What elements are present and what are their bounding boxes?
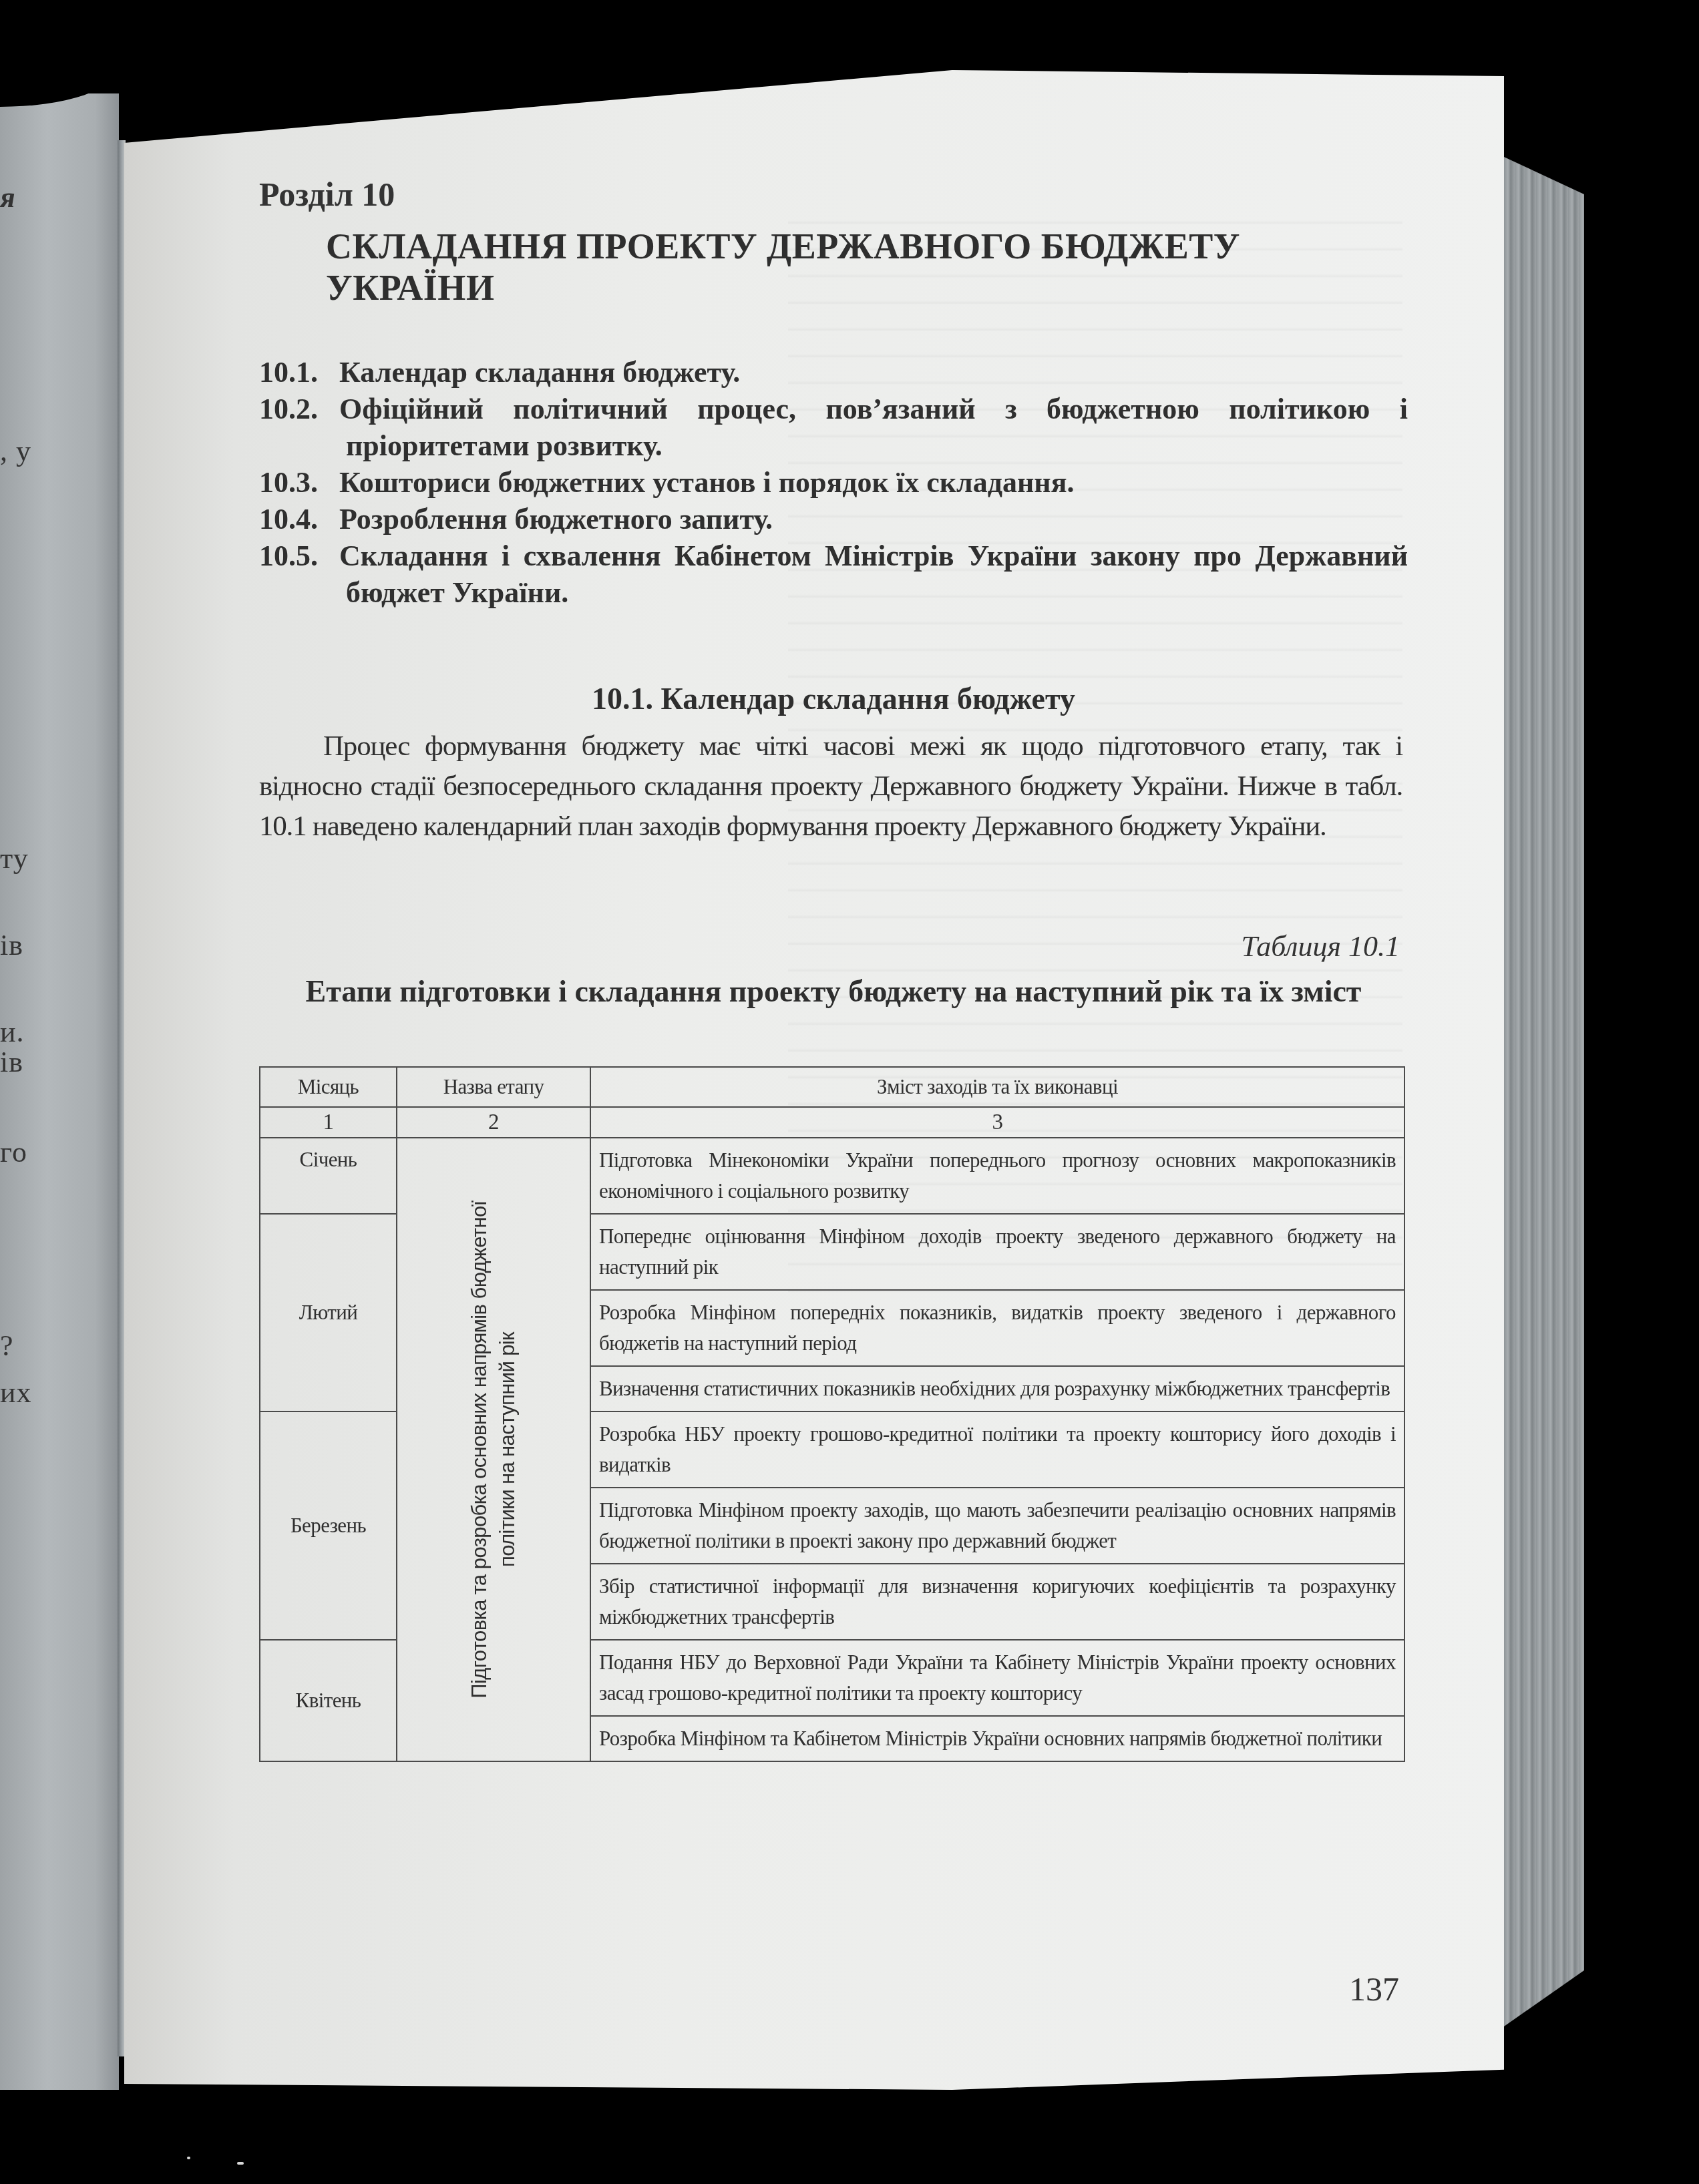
dust-speck: [187, 2157, 190, 2159]
activity-cell: Розробка Мінфіном та Кабінетом Міністрів…: [590, 1716, 1404, 1761]
activity-cell: Розробка Мінфіном попередніх показників,…: [590, 1290, 1404, 1366]
header-stage-name: Назва етапу: [397, 1067, 590, 1107]
activity-cell: Подання НБУ до Верховної Ради України та…: [590, 1640, 1404, 1716]
contents-item-number: 10.5.: [259, 537, 339, 574]
contents-item: 10.2.Офіційний політичний процес, пов’яз…: [259, 391, 1408, 464]
table-label: Таблиця 10.1: [259, 929, 1400, 963]
month-cell: Квітень: [260, 1640, 397, 1761]
activity-cell: Збір статистичної інформації для визначе…: [590, 1564, 1404, 1640]
dust-speck: [237, 2162, 244, 2165]
contents-item-title: Розроблення бюджетного запиту.: [339, 503, 773, 535]
contents-item-number: 10.2.: [259, 391, 339, 427]
contents-item: 10.1.Календар складання бюджету.: [259, 354, 1408, 391]
column-number: 1: [260, 1107, 397, 1138]
table-column-number-row: 1 2 3: [260, 1107, 1404, 1138]
contents-item: 10.5.Складання і схвалення Кабінетом Мін…: [259, 537, 1408, 611]
contents-item-title: Календар складання бюджету.: [339, 356, 740, 389]
contents-item-title: Складання і схвалення Кабінетом Міністрі…: [339, 539, 1408, 609]
contents-item-number: 10.4.: [259, 501, 339, 537]
contents-item: 10.3.Кошториси бюджетних установ і поряд…: [259, 464, 1408, 501]
page-number: 137: [1349, 1970, 1399, 2008]
chapter-contents-list: 10.1.Календар складання бюджету.10.2.Офі…: [259, 354, 1408, 611]
subsection-heading: 10.1. Календар складання бюджету: [259, 681, 1408, 716]
contents-item-number: 10.1.: [259, 354, 339, 391]
activity-cell: Визначення статистичних показників необх…: [590, 1366, 1404, 1411]
contents-item-title: Кошториси бюджетних установ і порядок їх…: [339, 466, 1075, 499]
header-content: Зміст заходів та їх виконавці: [590, 1067, 1404, 1107]
activity-cell: Попереднє оцінювання Мінфіном доходів пр…: [590, 1214, 1404, 1290]
activity-cell: Розробка НБУ проекту грошово-кредитної п…: [590, 1411, 1404, 1488]
column-number: 3: [590, 1107, 1404, 1138]
table-caption: Етапи підготовки і складання проекту бюд…: [259, 971, 1408, 1012]
contents-item: 10.4.Розроблення бюджетного запиту.: [259, 501, 1408, 537]
stage-name-vertical-text: Підготовка та розробка основних напрямів…: [465, 1196, 522, 1703]
activity-cell: Підготовка Мінекономіки України попередн…: [590, 1138, 1404, 1214]
body-paragraph: Процес формування бюджету має чіткі часо…: [259, 726, 1402, 847]
table-header-row: Місяць Назва етапу Зміст заходів та їх в…: [260, 1067, 1404, 1107]
stage-name-cell: Підготовка та розробка основних напрямів…: [397, 1138, 590, 1761]
budget-stages-table: Місяць Назва етапу Зміст заходів та їх в…: [259, 1066, 1405, 1762]
column-number: 2: [397, 1107, 590, 1138]
section-label: Розділ 10: [259, 175, 395, 214]
page-content: Розділ 10 СКЛАДАННЯ ПРОЕКТУ ДЕРЖАВНОГО Б…: [0, 0, 1699, 2184]
activity-cell: Підготовка Мінфіном проекту заходів, що …: [590, 1488, 1404, 1564]
month-cell: Січень: [260, 1138, 397, 1214]
chapter-title: СКЛАДАННЯ ПРОЕКТУ ДЕРЖАВНОГО БЮДЖЕТУ УКР…: [326, 226, 1368, 308]
contents-item-title: Офіційний політичний процес, пов’язаний …: [339, 393, 1408, 462]
month-cell: Березень: [260, 1411, 397, 1640]
table-row: СіченьПідготовка та розробка основних на…: [260, 1138, 1404, 1214]
header-month: Місяць: [260, 1067, 397, 1107]
month-cell: Лютий: [260, 1214, 397, 1411]
contents-item-number: 10.3.: [259, 464, 339, 501]
